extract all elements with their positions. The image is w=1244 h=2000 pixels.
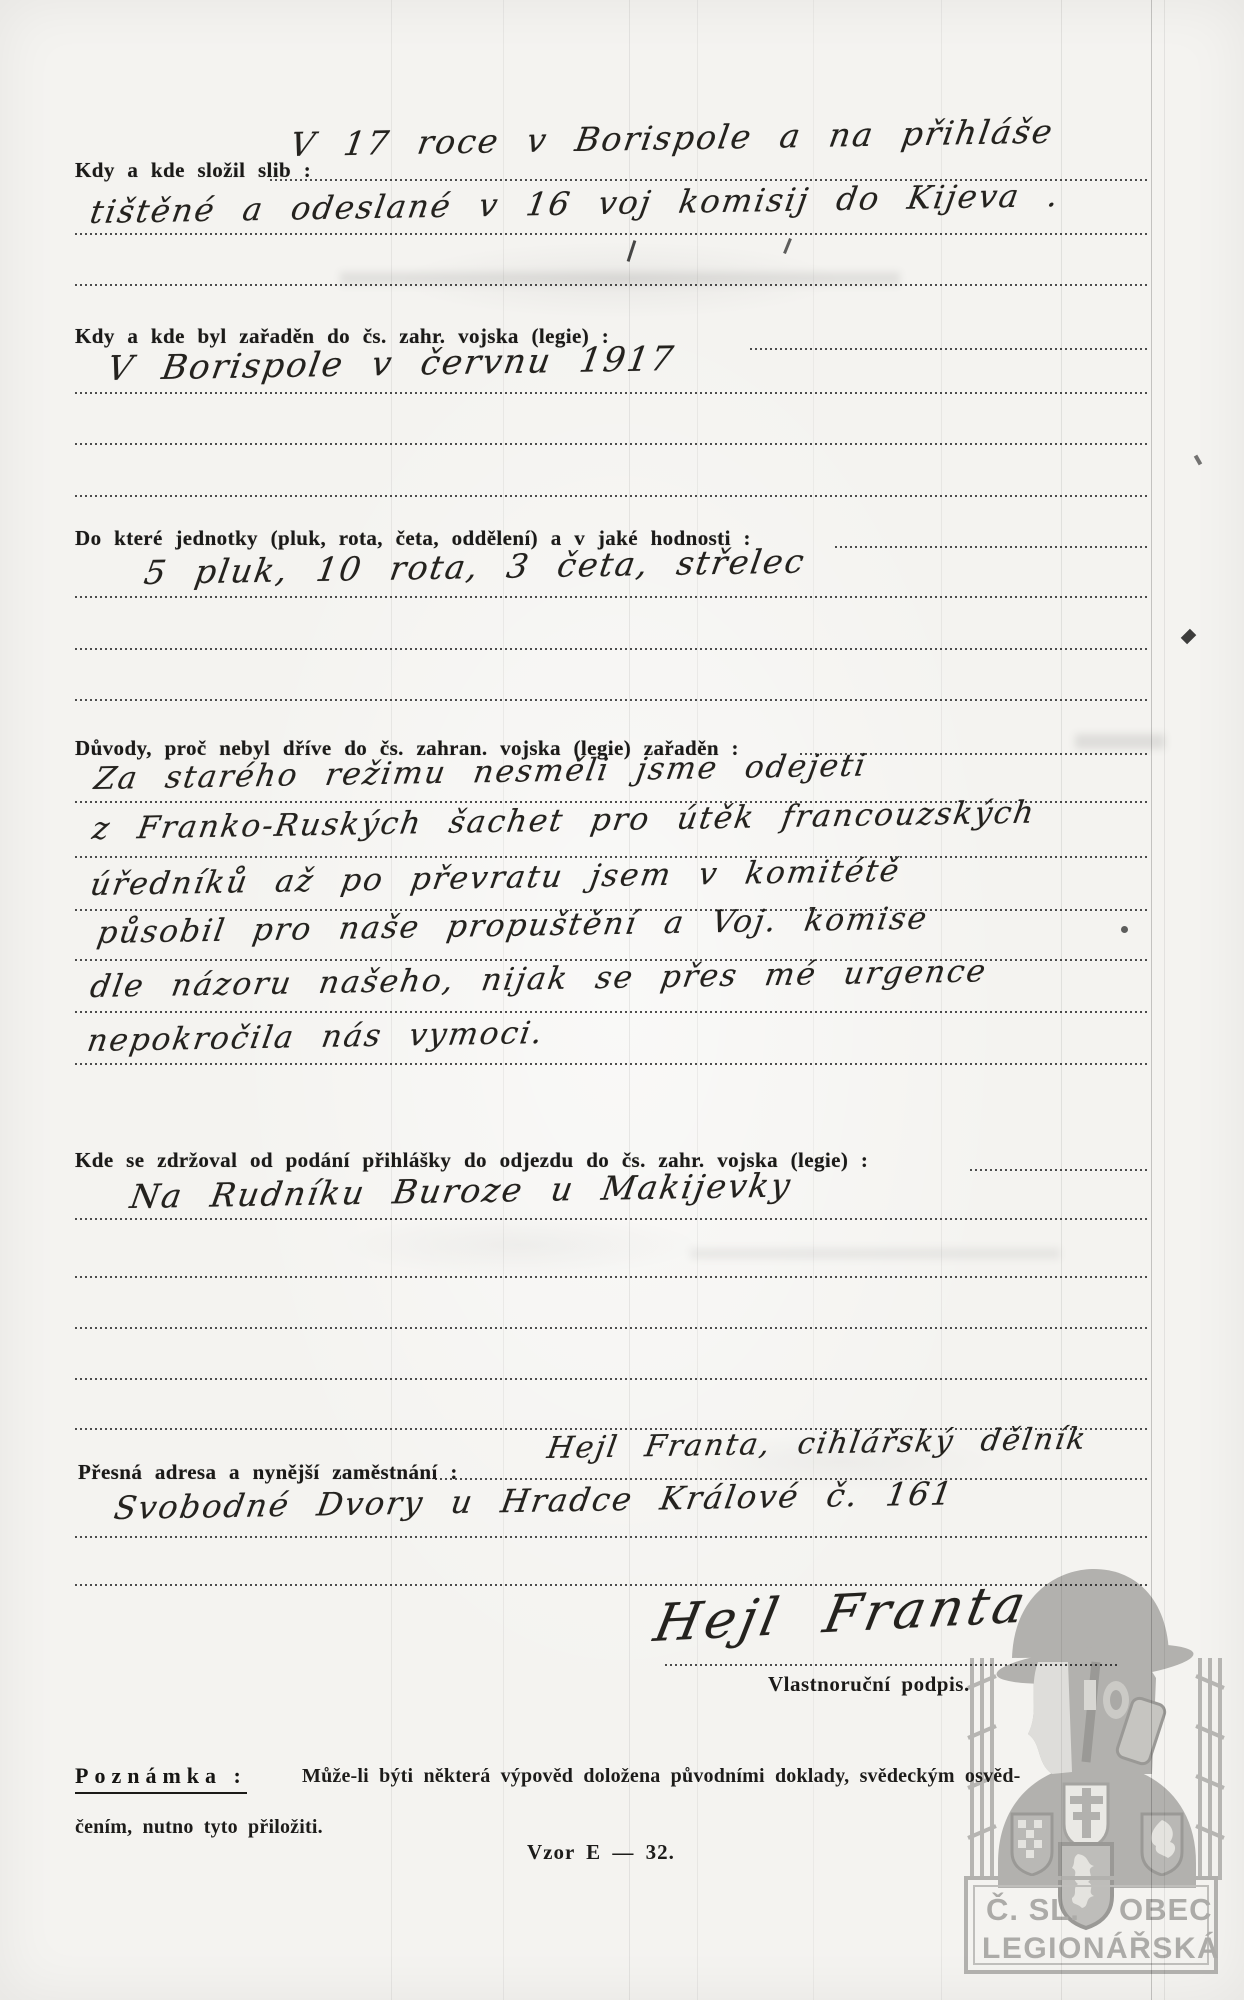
answer-slib-line1: V 17 roce v Borispole a na přihláše <box>288 115 1056 161</box>
dotted-rule <box>75 1427 1148 1430</box>
stamp-text-right: OBEC <box>1119 1892 1213 1927</box>
scanned-form-page: Č. SL. OBEC LEGIONÁŘSKÁ Kdy a kde složil… <box>0 0 1244 2000</box>
strap-buckle <box>1084 1680 1096 1710</box>
form-code: Vzor E — 32. <box>527 1840 675 1865</box>
answer-zdrzoval: Na Rudníku Buroze u Makijevky <box>128 1169 794 1213</box>
ghost-text-smudge <box>1075 734 1165 749</box>
dotted-rule <box>75 647 1148 650</box>
dotted-rule <box>75 595 1148 598</box>
answer-duvody-line3: úředníků až po převratu jsem v komitétě <box>88 856 903 901</box>
answer-duvody-line2: z Franko-Ruských šachet pro útěk francou… <box>90 798 1038 845</box>
dotted-rule <box>835 545 1148 548</box>
dotted-rule <box>75 1326 1148 1329</box>
question-label-adresa: Přesná adresa a nynější zaměstnání : <box>78 1460 458 1485</box>
answer-zarazen: V Borispole v červnu 1917 <box>105 342 677 386</box>
answer-slib-line2: tištěné a odeslané v 16 voj komisij do K… <box>88 179 1062 228</box>
answer-duvody-line6: nepokročila nás vymoci. <box>85 1018 546 1057</box>
dotted-rule <box>970 1168 1148 1171</box>
signature-caption: Vlastnoruční podpis. <box>768 1672 970 1697</box>
ink-speck <box>1181 629 1197 645</box>
answer-jednotka: 5 pluk, 10 rota, 3 četa, střelec <box>142 545 808 589</box>
dotted-rule <box>75 908 1148 911</box>
answer-adresa-line1: Hejl Franta, cihlářský dělník <box>545 1425 1089 1464</box>
face-highlight <box>1028 1662 1072 1774</box>
left-shield-icon <box>1012 1814 1052 1875</box>
dotted-rule <box>75 1583 1148 1586</box>
dotted-rule <box>75 1535 1148 1538</box>
fold-line <box>697 0 698 2000</box>
stamp-text-bottom: LEGIONÁŘSKÁ <box>982 1931 1220 1965</box>
dotted-rule <box>75 1062 1148 1065</box>
ear-inner <box>1110 1690 1122 1710</box>
dotted-rule <box>75 1275 1148 1278</box>
dotted-rule <box>750 347 1148 350</box>
fold-line <box>629 0 630 2000</box>
ink-speck <box>783 238 792 254</box>
dotted-rule <box>75 800 1148 803</box>
ink-speck <box>1121 926 1128 933</box>
stamp-text-left: Č. SL. <box>986 1891 1080 1927</box>
dotted-rule <box>75 698 1148 701</box>
dotted-rule <box>75 442 1148 445</box>
fold-line <box>813 0 814 2000</box>
fold-line <box>391 0 392 2000</box>
dotted-rule <box>75 1377 1148 1380</box>
pillar-right-icon <box>1196 1658 1224 1880</box>
dotted-rule <box>75 232 1148 235</box>
ink-speck <box>1194 455 1202 466</box>
dotted-rule <box>665 1663 1117 1666</box>
ghost-text-smudge <box>690 1248 1060 1259</box>
cross-shield-icon <box>1064 1784 1108 1849</box>
dotted-rule <box>75 1010 1148 1013</box>
dotted-rule <box>75 855 1148 858</box>
dotted-rule <box>435 1477 1148 1480</box>
answer-duvody-line5: dle názoru našeho, nijak se přes mé urge… <box>88 956 989 1003</box>
right-shield-icon <box>1142 1814 1182 1875</box>
dotted-rule <box>75 391 1148 394</box>
dotted-rule <box>800 752 1148 755</box>
dotted-rule <box>75 1217 1148 1220</box>
dotted-rule <box>75 283 1148 286</box>
note-text-line-2: čením, nutno tyto přiložiti. <box>75 1816 323 1839</box>
note-text-line-1: Může-li býti některá výpověd doložena pů… <box>302 1765 1021 1788</box>
dotted-rule <box>75 958 1148 961</box>
fold-line <box>503 0 504 2000</box>
ink-speck <box>627 240 637 262</box>
dotted-rule <box>75 494 1148 497</box>
dotted-rule <box>270 178 1148 181</box>
note-label: Poznámka : <box>75 1763 247 1794</box>
fold-line <box>941 0 942 2000</box>
